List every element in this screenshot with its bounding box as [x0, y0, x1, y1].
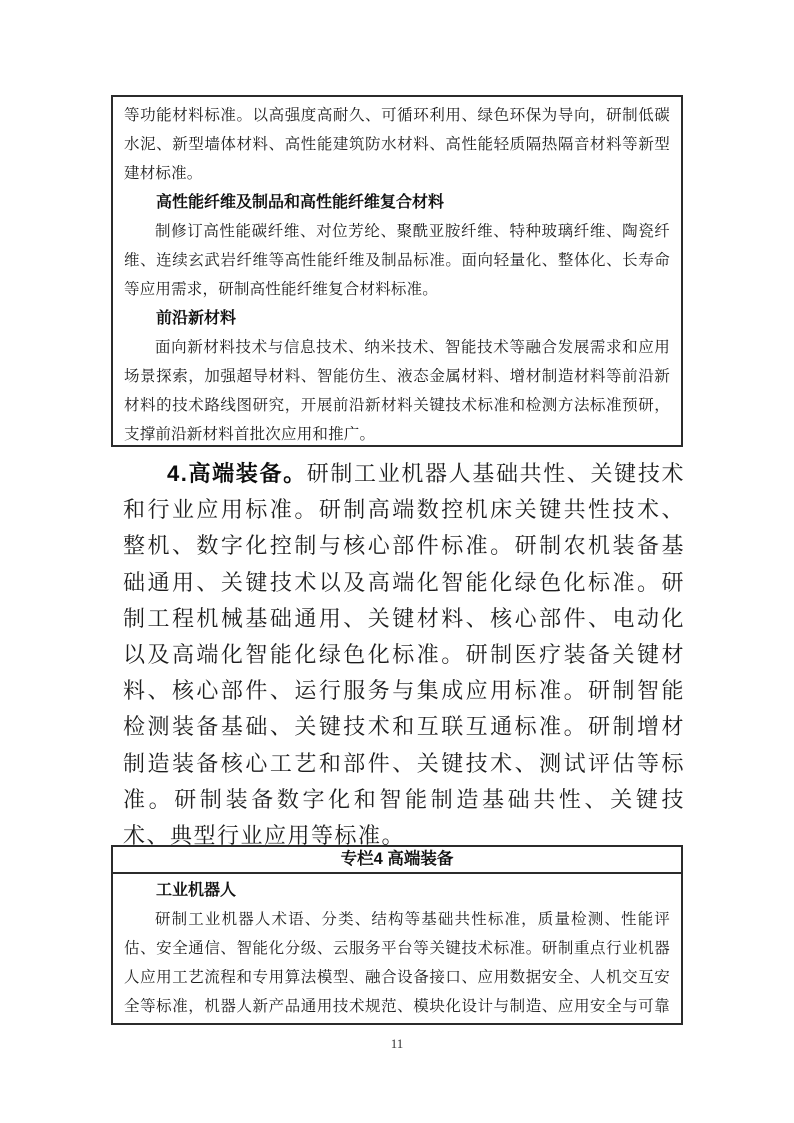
- page-number: 11: [0, 1036, 794, 1052]
- item-4-lead: 4.高端装备。: [167, 461, 307, 486]
- industrial-robot-heading: 工业机器人: [124, 876, 670, 905]
- materials-continued-paragraph: 等功能材料标准。以高强度高耐久、可循环利用、绿色环保为导向，研制低碳水泥、新型墙…: [124, 101, 670, 188]
- column-4-box: 专栏4 高端装备 工业机器人 研制工业机器人术语、分类、结构等基础共性标准，质量…: [111, 845, 683, 1025]
- column-4-title: 专栏4 高端装备: [113, 847, 681, 874]
- item-4-text: 研制工业机器人基础共性、关键技术和行业应用标准。研制高端数控机床关键共性技术、整…: [123, 461, 685, 848]
- frontier-materials-heading: 前沿新材料: [124, 304, 670, 333]
- frontier-materials-paragraph: 面向新材料技术与信息技术、纳米技术、智能技术等融合发展需求和应用场景探索，加强超…: [124, 333, 670, 447]
- fiber-section-heading: 高性能纤维及制品和高性能纤维复合材料: [124, 188, 670, 217]
- document-page: 等功能材料标准。以高强度高耐久、可循环利用、绿色环保为导向，研制低碳水泥、新型墙…: [0, 0, 794, 1123]
- industrial-robot-paragraph: 研制工业机器人术语、分类、结构等基础共性标准，质量检测、性能评估、安全通信、智能…: [124, 905, 670, 1025]
- materials-standards-box: 等功能材料标准。以高强度高耐久、可循环利用、绿色环保为导向，研制低碳水泥、新型墙…: [111, 95, 683, 447]
- column-4-content: 工业机器人 研制工业机器人术语、分类、结构等基础共性标准，质量检测、性能评估、安…: [113, 874, 681, 1025]
- high-end-equipment-paragraph: 4.高端装备。研制工业机器人基础共性、关键技术和行业应用标准。研制高端数控机床关…: [123, 456, 685, 854]
- fiber-section-paragraph: 制修订高性能碳纤维、对位芳纶、聚酰亚胺纤维、特种玻璃纤维、陶瓷纤维、连续玄武岩纤…: [124, 217, 670, 304]
